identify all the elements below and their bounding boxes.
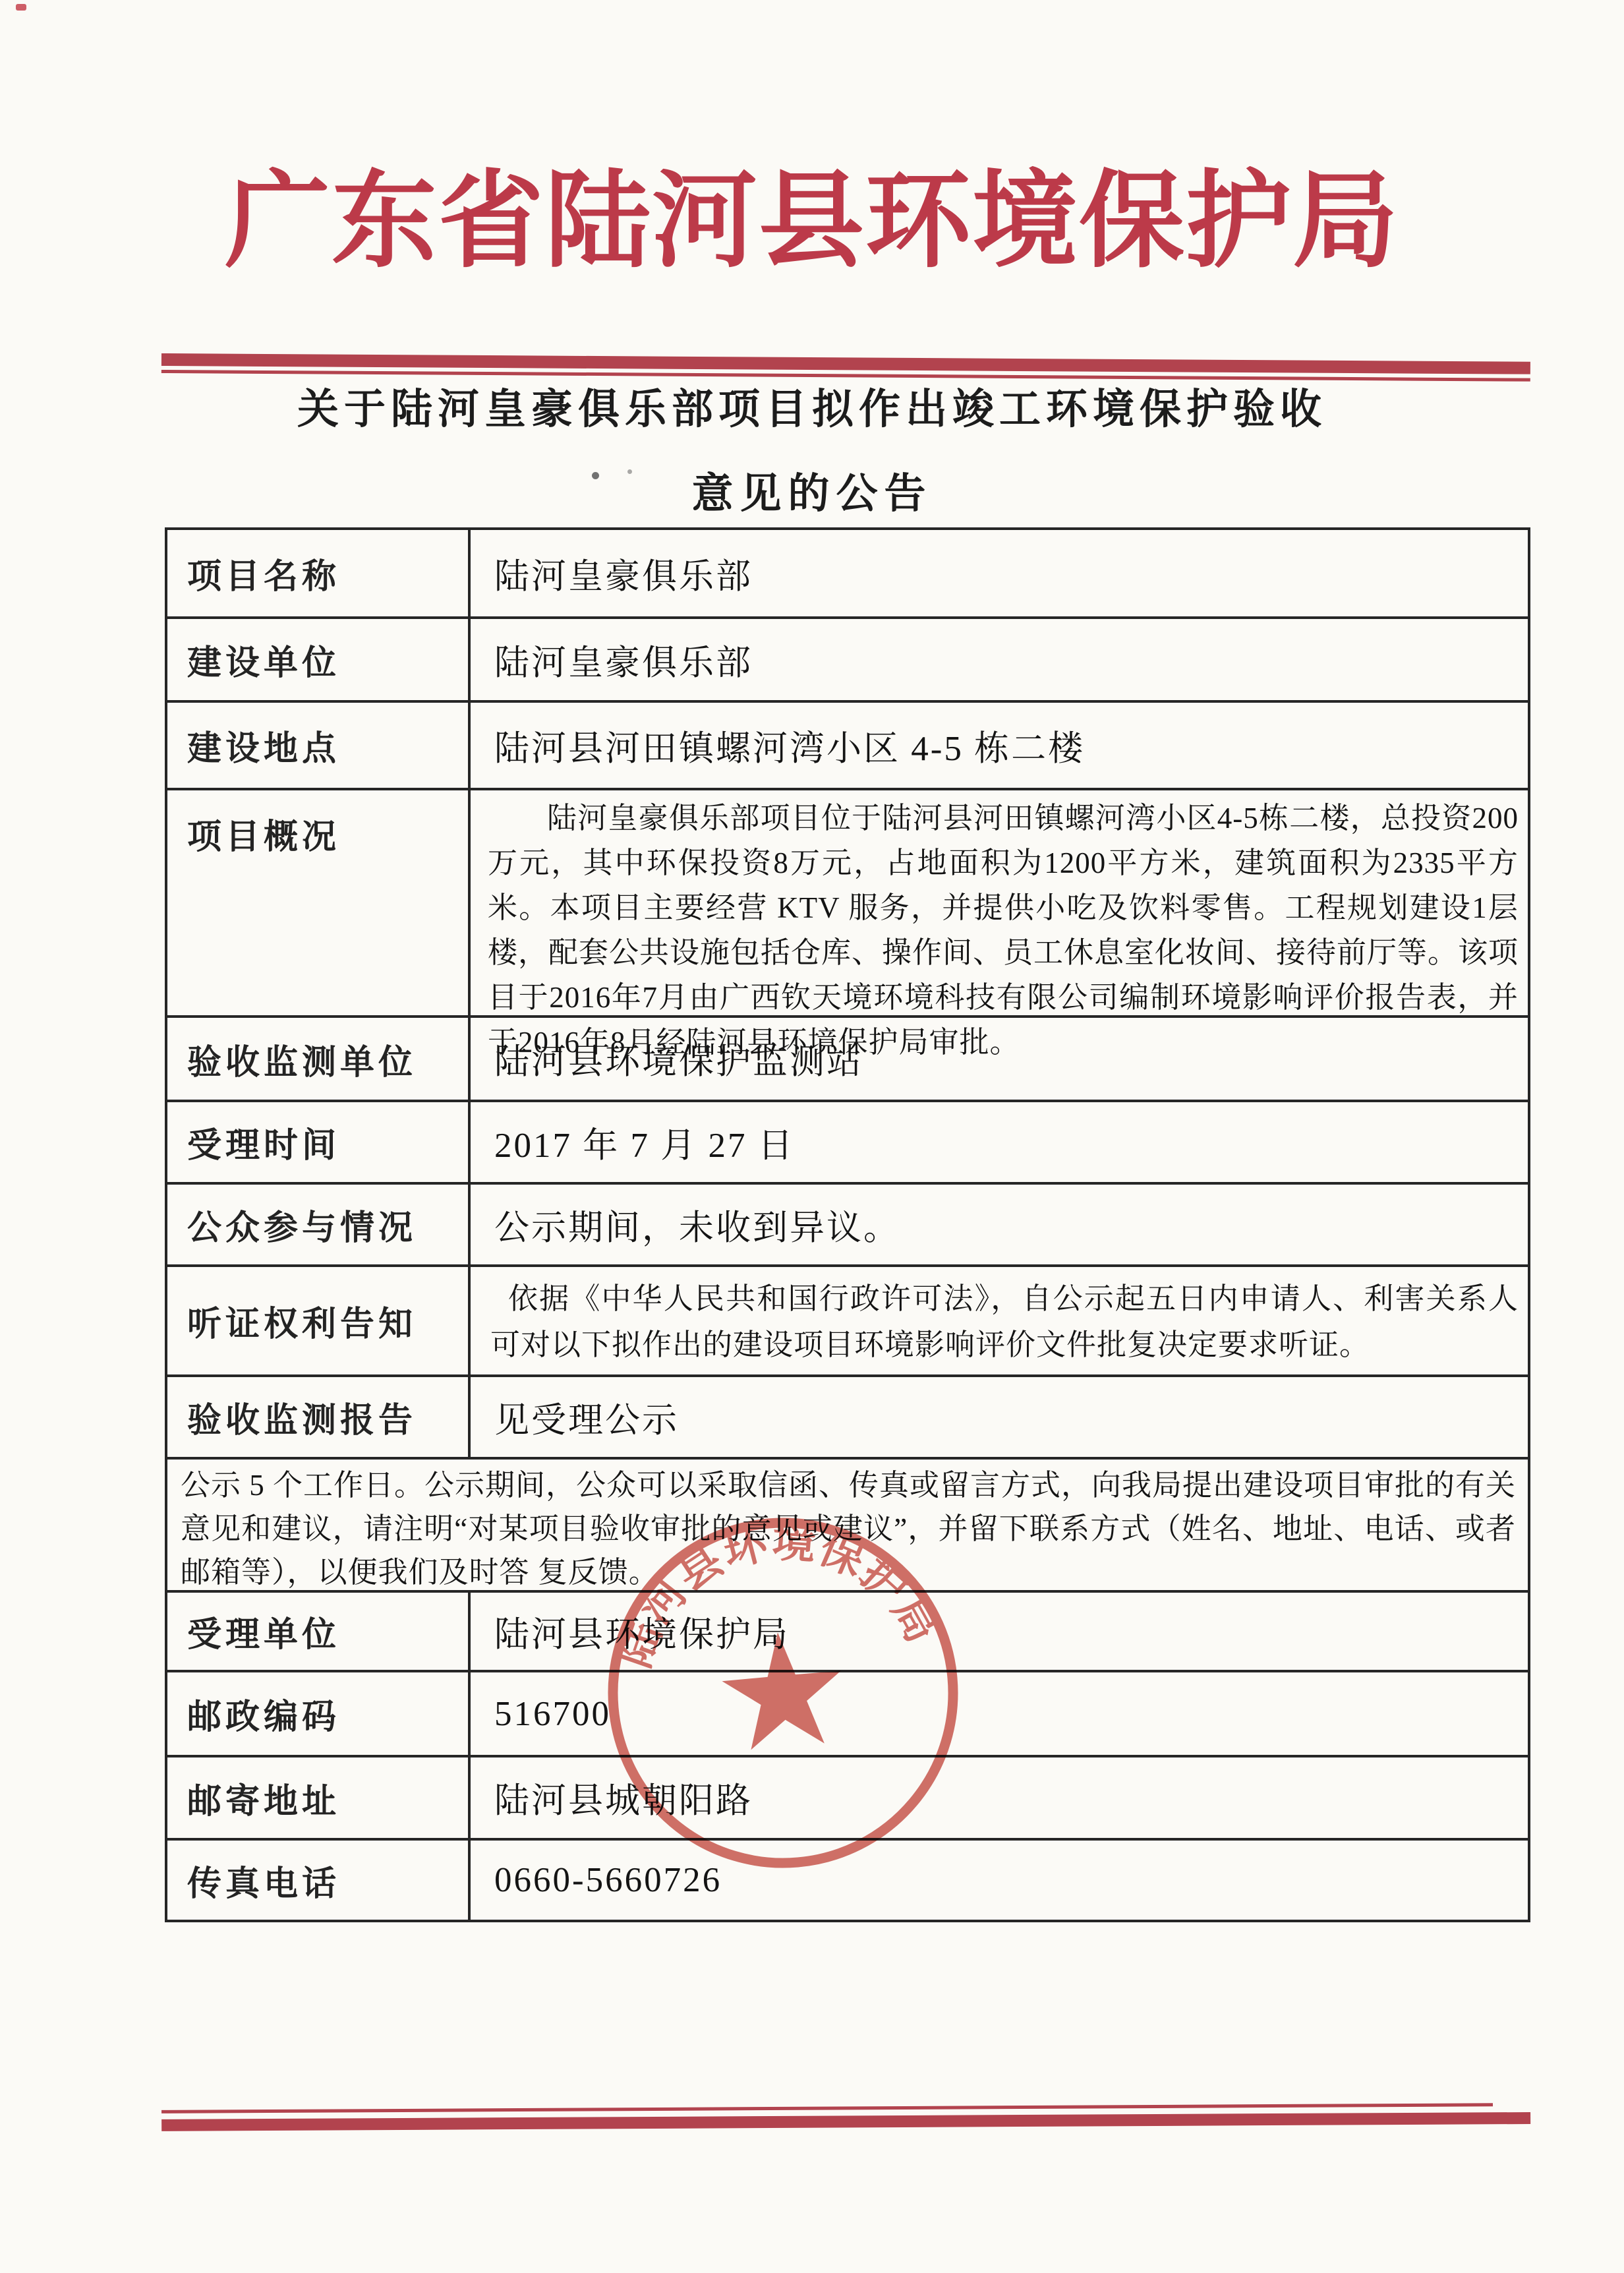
scanned-official-notice: { "header": { "agency_title": "广东省陆河县环境保… [0,0,1624,2273]
row-label: 验收监测单位 [167,1018,471,1100]
row-label: 公众参与情况 [167,1185,471,1264]
row-label: 传真电话 [167,1841,471,1920]
row-value: 陆河县河田镇螺河湾小区 4-5 栋二楼 [471,703,1528,788]
row-label: 听证权利告知 [167,1267,471,1374]
official-seal-stamp: 陆河县环境保护局 [576,1486,990,1900]
row-label: 邮寄地址 [167,1757,471,1838]
row-value: 陆河县环境保护监测站 [471,1018,1528,1100]
row-label: 建设地点 [167,703,471,788]
row-value: 2017 年 7 月 27 日 [471,1102,1528,1182]
table-row-public-participation: 公众参与情况 公示期间，未收到异议。 [167,1182,1528,1264]
table-row-acceptance-date: 受理时间 2017 年 7 月 27 日 [167,1100,1528,1182]
table-row-hearing-rights: 听证权利告知 依据《中华人民共和国行政许可法》，自公示起五日内申请人、利害关系人… [167,1264,1528,1374]
row-label: 受理时间 [167,1102,471,1182]
row-value: 依据《中华人民共和国行政许可法》，自公示起五日内申请人、利害关系人可对以下拟作出… [471,1267,1528,1374]
row-label: 建设单位 [167,619,471,700]
seal-graphic: 陆河县环境保护局 [576,1486,990,1900]
row-label: 邮政编码 [167,1672,471,1755]
notice-title-line2: 意见的公告 [0,460,1624,520]
notice-title-line1: 关于陆河皇豪俱乐部项目拟作出竣工环境保护验收 [0,376,1624,436]
table-row-project-name: 项目名称 陆河皇豪俱乐部 [167,530,1528,616]
red-bar-thick [161,2112,1530,2131]
footer-divider [161,2103,1530,2110]
table-row-construction-site: 建设地点 陆河县河田镇螺河湾小区 4-5 栋二楼 [167,700,1528,788]
table-row-construction-unit: 建设单位 陆河皇豪俱乐部 [167,616,1528,700]
row-value: 陆河皇豪俱乐部 [471,530,1528,616]
row-value: 公示期间，未收到异议。 [471,1185,1528,1264]
red-bar-thin [161,2103,1493,2113]
row-value: 见受理公示 [471,1377,1528,1457]
table-row-monitoring-report: 验收监测报告 见受理公示 [167,1374,1528,1457]
header-divider [161,353,1530,362]
row-label: 项目概况 [167,790,471,1015]
row-label: 受理单位 [167,1593,471,1670]
row-value: 陆河皇豪俱乐部项目位于陆河县河田镇螺河湾小区4-5栋二楼，总投资200万元，其中… [471,790,1528,1015]
table-row-acceptance-monitoring-unit: 验收监测单位 陆河县环境保护监测站 [167,1015,1528,1100]
row-value: 陆河皇豪俱乐部 [471,619,1528,700]
row-label: 验收监测报告 [167,1377,471,1457]
agency-title: 广东省陆河县环境保护局 [0,163,1624,280]
scan-speck [16,4,26,11]
row-label: 项目名称 [167,530,471,616]
seal-star-icon [718,1627,848,1752]
table-row-project-overview: 项目概况 陆河皇豪俱乐部项目位于陆河县河田镇螺河湾小区4-5栋二楼，总投资200… [167,788,1528,1015]
